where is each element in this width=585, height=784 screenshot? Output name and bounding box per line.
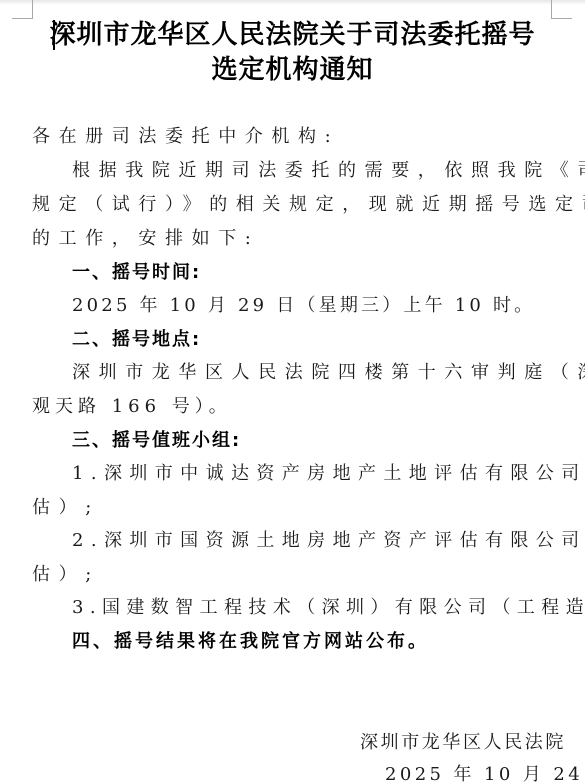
section-location-line-1[interactable]: 深圳市龙华区人民法院四楼第十六审判庭（深圳市龙华区 [72, 361, 552, 385]
section-time-value[interactable]: 2025 年 10 月 29 日（星期三）上午 10 时。 [72, 294, 552, 318]
margin-corner-mark-top-left [12, 0, 33, 19]
duty-team-item-2-line-2[interactable]: 估）; [32, 563, 552, 587]
page-top-shadow [0, 0, 585, 5]
signature-date[interactable]: 2025 年 10 月 24 日 [385, 763, 585, 784]
section-heading-location[interactable]: 二、摇号地点: [72, 328, 552, 352]
intro-line-2[interactable]: 规定（试行）》的相关规定，现就近期摇号选定司法委托机构 [32, 193, 552, 217]
duty-team-item-1-line-1[interactable]: 1.深圳市中诚达资产房地产土地评估有限公司（房产评 [72, 462, 552, 486]
duty-team-item-1-line-2[interactable]: 估）; [32, 496, 552, 520]
section-location-line-2[interactable]: 观天路 166 号）。 [32, 395, 552, 419]
section-heading-results[interactable]: 四、摇号结果将在我院官方网站公布。 [72, 630, 552, 654]
document-title-line-2[interactable]: 选定机构通知 [0, 53, 585, 87]
document-title-line-1[interactable]: 深圳市龙华区人民法院关于司法委托摇号 [0, 18, 585, 52]
duty-team-item-3[interactable]: 3.国建数智工程技术（深圳）有限公司（工程造价）。 [72, 596, 552, 620]
signature-issuer[interactable]: 深圳市龙华区人民法院 [360, 731, 566, 755]
duty-team-item-2-line-1[interactable]: 2.深圳市国资源土地房地产资产评估有限公司（土地评 [72, 529, 552, 553]
intro-line-1[interactable]: 根据我院近期司法委托的需要，依照我院《司法委托管理 [72, 159, 552, 183]
salutation[interactable]: 各在册司法委托中介机构: [32, 125, 552, 149]
section-heading-duty-team[interactable]: 三、摇号值班小组: [72, 429, 552, 453]
section-heading-time[interactable]: 一、摇号时间: [72, 261, 552, 285]
margin-corner-mark-top-right [551, 0, 572, 19]
intro-line-3[interactable]: 的工作，安排如下: [32, 227, 552, 251]
